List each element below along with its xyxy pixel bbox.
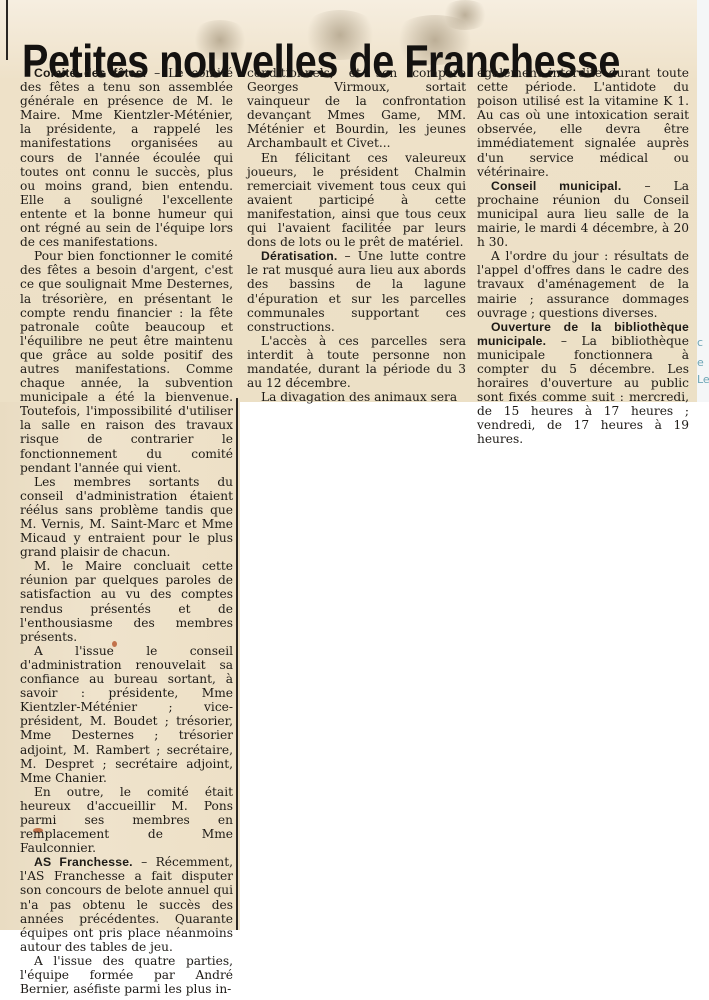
article-column-1: Comité des fêtes. – Le comité des fêtes … [20,66,233,996]
paragraph: L'accès à ces parcelles sera interdit à … [247,334,466,390]
paragraph: La divagation des animaux sera [247,390,466,404]
paragraph: Les membres sortants du conseil d'admini… [20,475,233,560]
article-column-3: également interdite durant toute cette p… [477,66,689,447]
paragraph-text: – Récemment, l'AS Franchesse a fait disp… [20,855,233,954]
adjacent-page-fragment: c e Le [697,0,709,402]
paragraph: M. le Maire concluait cette réunion par … [20,559,233,644]
paragraph: Ouverture de la bibliothèque municipale.… [477,320,689,447]
paragraph-text: – Le comité des fêtes a tenu son assembl… [20,66,233,249]
rubric-heading: Dératisation. [261,249,337,263]
paper-stain [440,0,490,30]
paragraph: Pour bien fonctionner le comité des fête… [20,249,233,475]
margin-char: Le [697,373,709,386]
column-rule [236,398,238,930]
rubric-heading: Conseil municipal. [491,179,621,193]
paragraph-text: La divagation des animaux sera [261,390,457,404]
paragraph: Comité des fêtes. – Le comité des fêtes … [20,66,233,249]
margin-char: e [697,356,704,369]
paragraph-text: M. le Maire concluait cette réunion par … [20,559,233,643]
paragraph: conditionnels, et son compère Georges Vi… [247,66,466,151]
rubric-heading: AS Franchesse. [34,855,133,869]
paragraph-text: L'accès à ces parcelles sera interdit à … [247,334,466,390]
paragraph: A l'ordre du jour : résultats de l'appel… [477,249,689,319]
paragraph: En outre, le comité était heureux d'accu… [20,785,233,855]
article-column-2: conditionnels, et son compère Georges Vi… [247,66,466,404]
paragraph-text: En félicitant ces valeureux joueurs, le … [247,151,466,250]
paragraph: A l'issue le conseil d'administration re… [20,644,233,785]
margin-char: c [697,336,703,349]
paragraph: En félicitant ces valeureux joueurs, le … [247,151,466,250]
paragraph: Dératisation. – Une lutte contre le rat … [247,249,466,334]
paragraph: AS Franchesse. – Récemment, l'AS Franche… [20,855,233,954]
paragraph-text: A l'issue des quatre parties, l'équipe f… [20,954,233,996]
paragraph: Conseil municipal. – La prochaine réunio… [477,179,689,249]
paragraph-text: A l'issue le conseil d'administration re… [20,644,233,785]
column-rule [6,0,8,60]
paragraph-text: Pour bien fonctionner le comité des fête… [20,249,233,474]
paragraph: également interdite durant toute cette p… [477,66,689,179]
paragraph: A l'issue des quatre parties, l'équipe f… [20,954,233,996]
paragraph-text: Les membres sortants du conseil d'admini… [20,475,233,559]
paragraph-text: également interdite durant toute cette p… [477,66,689,179]
rubric-heading: Comité des fêtes. [34,66,146,80]
paragraph-text: En outre, le comité était heureux d'accu… [20,785,233,855]
paragraph-text: conditionnels, et son compère Georges Vi… [247,66,466,150]
paragraph-text: – La bibliothèque municipale fonctionner… [477,334,689,447]
paragraph-text: A l'ordre du jour : résultats de l'appel… [477,249,689,319]
